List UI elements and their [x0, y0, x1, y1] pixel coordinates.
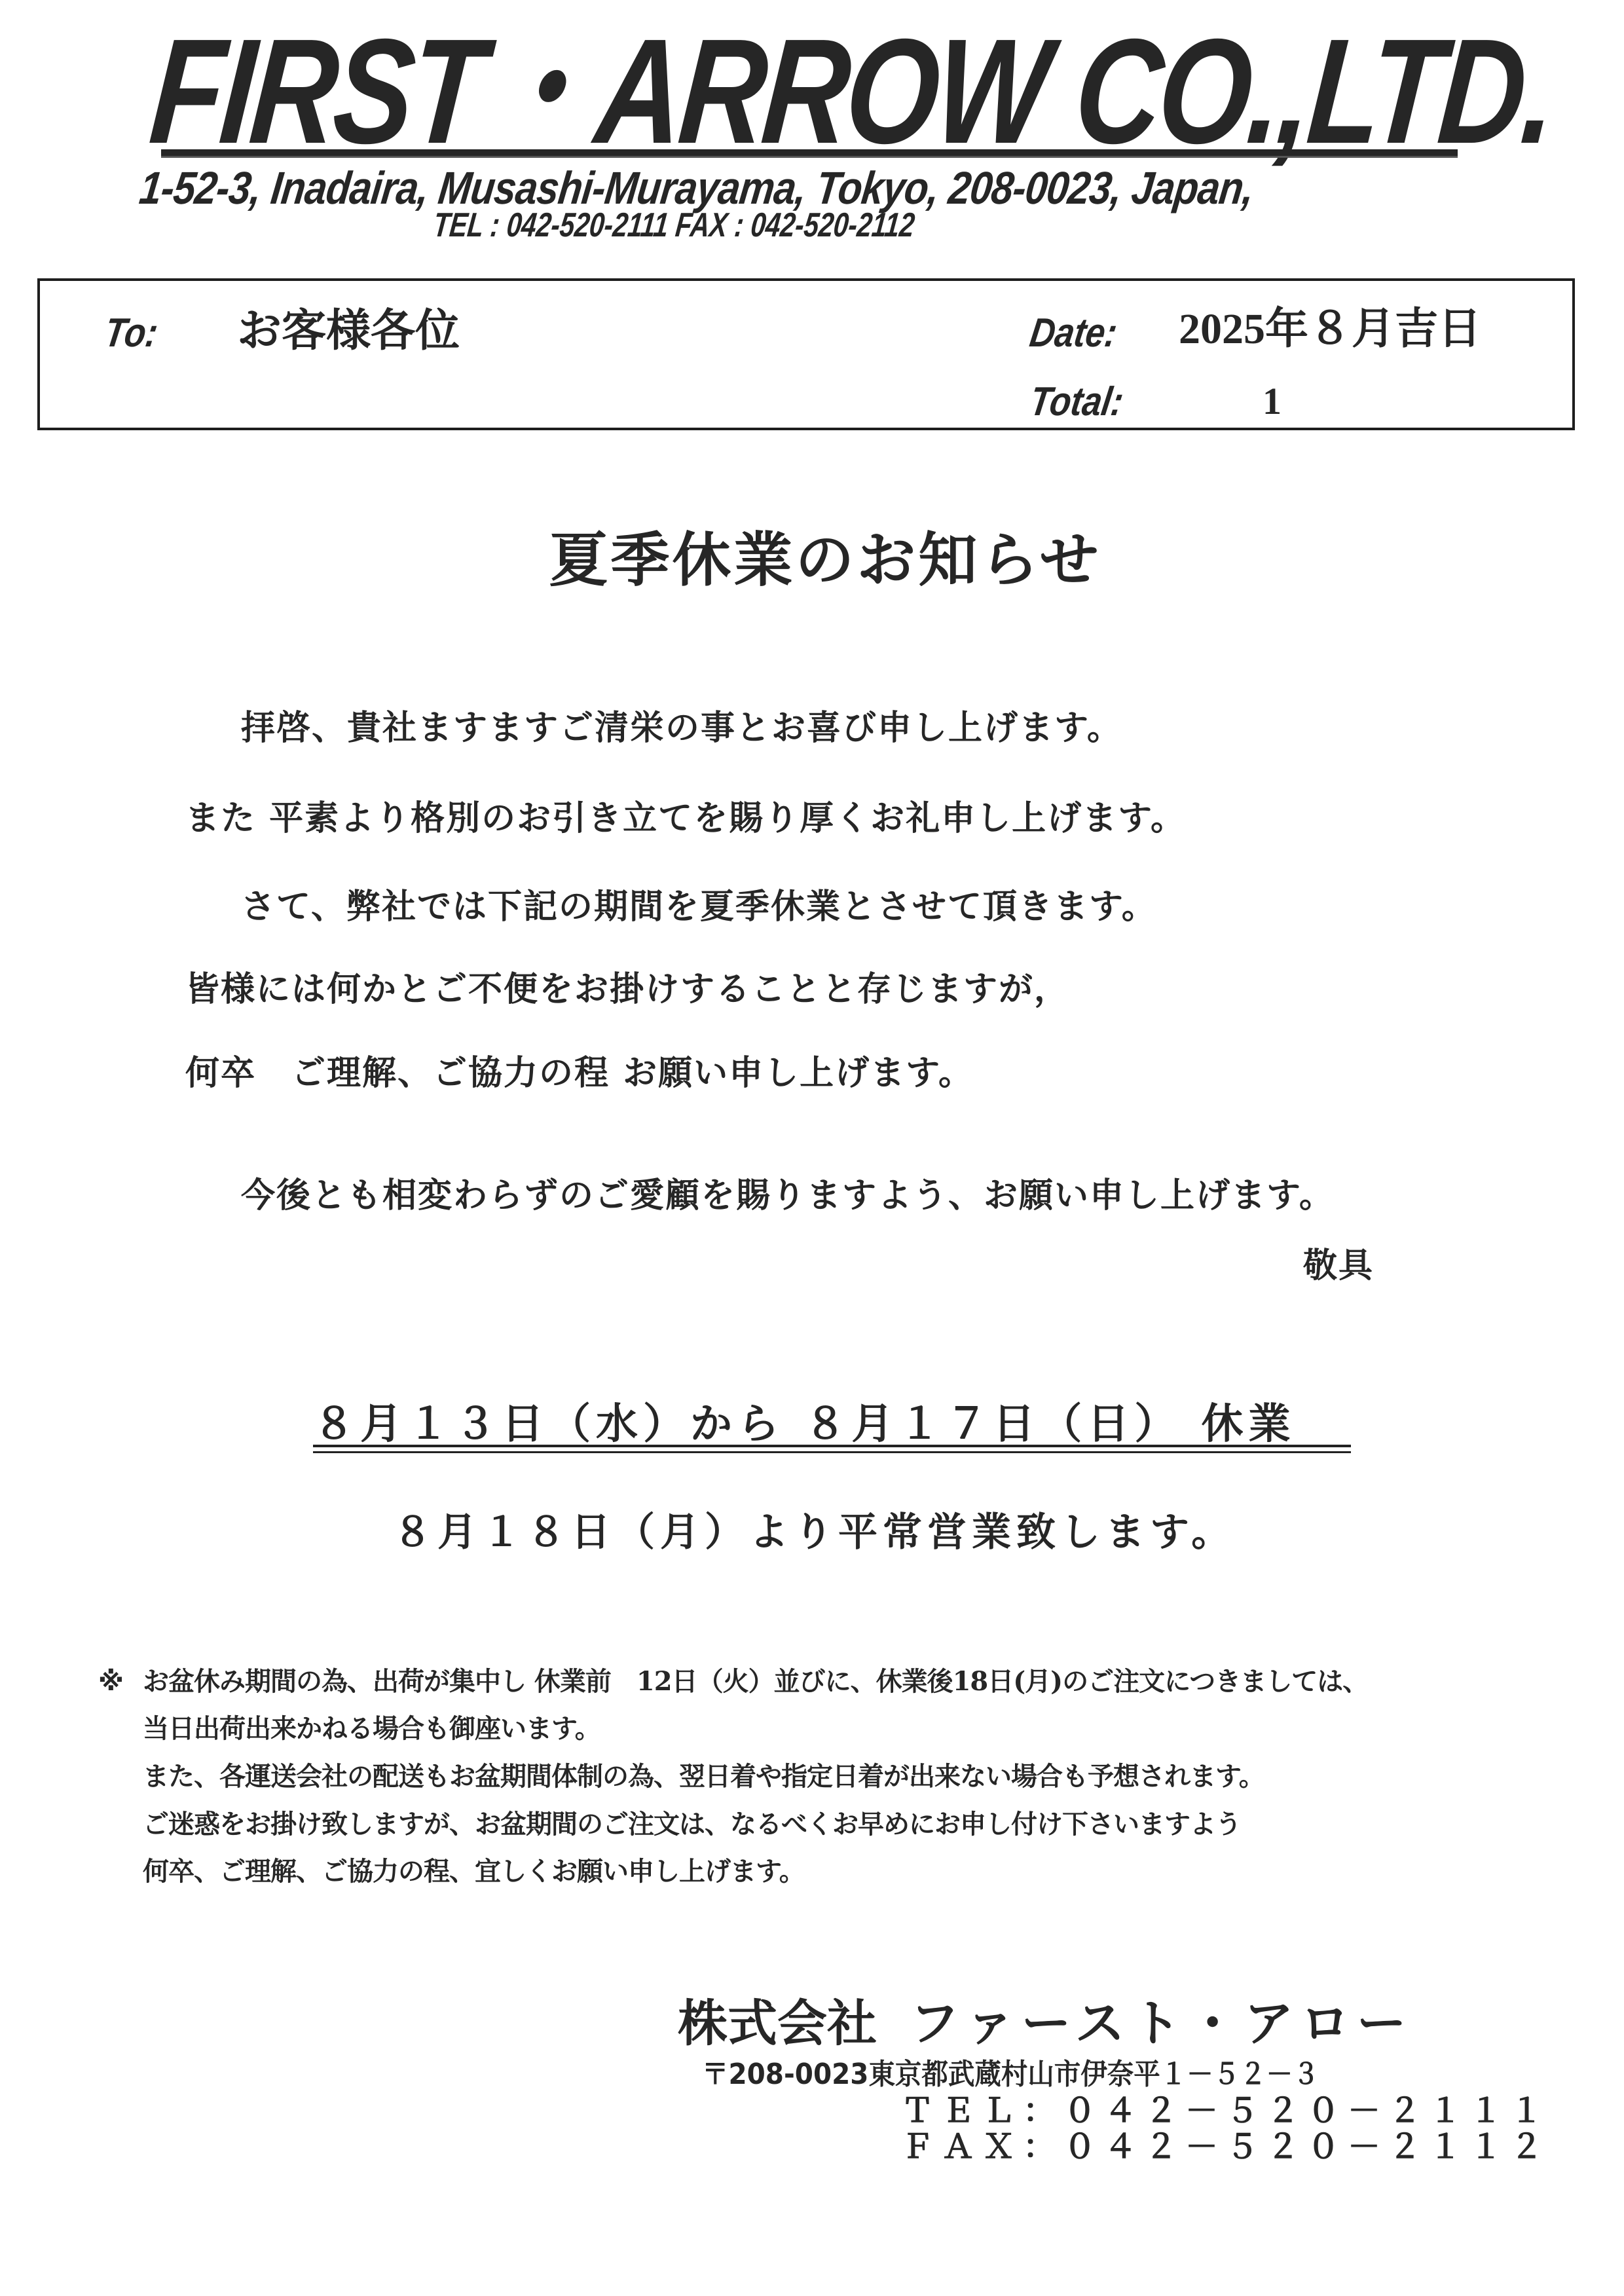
signature-company-prefix: 株式会社 [678, 1994, 877, 2052]
total-value: 1 [1263, 379, 1282, 424]
closing-keigu: 敬具 [1303, 1243, 1374, 1289]
company-logo-wordmark: FIRST・ARROW CO.,LTD. [146, 26, 1559, 157]
letterhead-contact: TEL : 042-520-2111 FAX : 042-520-2112 [432, 208, 916, 242]
letterhead-address: 1-52-3, Inadaira, Musashi-Murayama, Toky… [138, 165, 1257, 211]
total-label: Total: [1027, 382, 1126, 422]
date-label: Date: [1027, 313, 1120, 354]
date-value: 2025年８月吉日 [1179, 303, 1481, 356]
note-line: 何卒、ご理解、ご協力の程、宜しくお願い申し上げます。 [143, 1853, 805, 1890]
body-paragraph-closing-wish: 今後とも相変わらずのご愛顧を賜りますよう、お願い申し上げます。 [241, 1173, 1335, 1219]
body-paragraph-thanks: また 平素より格別のお引き立てを賜り厚くお礼申し上げます。 [185, 796, 1186, 842]
to-value: お客様各位 [237, 305, 460, 357]
holiday-underline-bottom [313, 1451, 1351, 1453]
to-label: To: [102, 313, 160, 354]
note-line: ご迷惑をお掛け致しますが、お盆期間のご注文は、なるべくお早めにお申し付け下さいま… [143, 1806, 1241, 1843]
signature-company-name: ファースト・アロー [910, 1994, 1413, 2052]
signature-company: 株式会社ファースト・アロー [678, 1991, 1413, 2056]
note-line: お盆休み期間の為、出荷が集中し 休業前 12日（火）並びに、休業後18日(月)の… [143, 1663, 1368, 1700]
holiday-underline-top [313, 1445, 1351, 1447]
body-paragraph-announcement: さて、弊社では下記の期間を夏季休業とさせて頂きます。 [241, 884, 1157, 930]
note-line: また、各運送会社の配送もお盆期間体制の為、翌日着や指定日着が出来ない場合も予想さ… [143, 1758, 1264, 1795]
signature-tel: ＴＥＬ：０４２－５２０－２１１１ [901, 2092, 1551, 2129]
logo-underline [161, 149, 1458, 158]
signature-fax: ＦＡＸ：０４２－５２０－２１１２ [901, 2128, 1551, 2165]
body-paragraph-request: 何卒 ご理解、ご協力の程 お願い申し上げます。 [185, 1050, 974, 1096]
notice-title: 夏季休業のお知らせ [0, 524, 1624, 596]
body-paragraph-apology: 皆様には何かとご不便をお掛けすることと存じますが， [185, 967, 1069, 1012]
note-asterisk-mark: ※ [98, 1663, 124, 1700]
note-line: 当日出荷出来かねる場合も御座います。 [143, 1711, 600, 1747]
body-paragraph-greeting: 拝啓、貴社ますますご清栄の事とお喜び申し上げます。 [241, 705, 1122, 751]
resume-business-date: ８月１８日（月）より平常営業致します。 [393, 1503, 1236, 1562]
signature-address: 〒208-0023東京都武蔵村山市伊奈平１－５２－３ [702, 2056, 1319, 2093]
